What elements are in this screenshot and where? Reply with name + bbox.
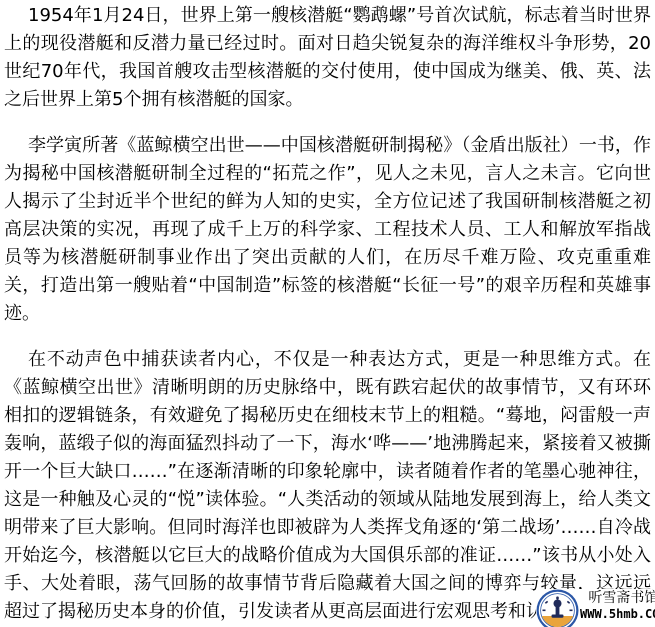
paragraph-3: 在不动声色中捕获读者内心，不仅是一种表达方式，更是一种思维方式。在《蓝鲸横空出世…: [4, 346, 651, 626]
paragraph-1: 1954年1月24日，世界上第一艘核潜艇“鹦鹉螺”号首次试航，标志着当时世界上的…: [4, 2, 651, 114]
watermark-text-block: 听雪斋书馆 WWW.5hmb.COM: [580, 589, 655, 622]
watermark-site-name: 听雪斋书馆: [588, 590, 655, 607]
site-badge-icon: [536, 589, 579, 627]
paragraph-2: 李学寅所著《蓝鲸横空出世——中国核潜艇研制揭秘》（金盾出版社）一书，作为揭秘中国…: [4, 132, 651, 328]
watermark: 听雪斋书馆 WWW.5hmb.COM: [536, 589, 655, 627]
watermark-site-url: WWW.5hmb.COM: [580, 607, 655, 622]
article-body: 1954年1月24日，世界上第一艘核潜艇“鹦鹉螺”号首次试航，标志着当时世界上的…: [0, 0, 655, 626]
